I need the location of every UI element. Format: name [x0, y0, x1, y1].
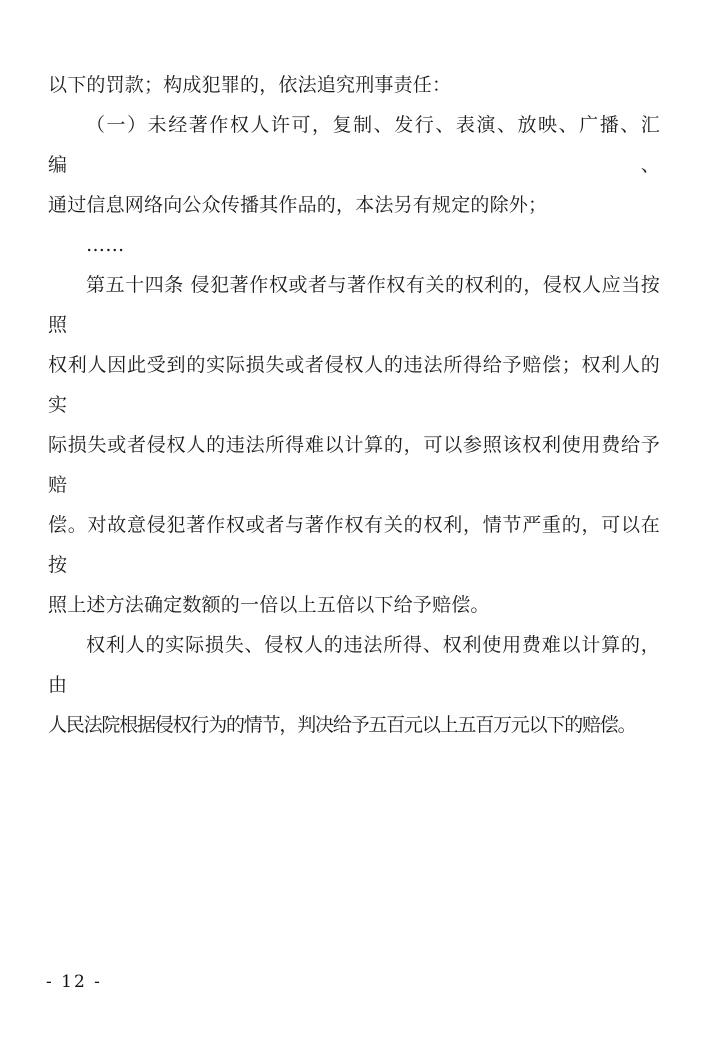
text-line: 通过信息网络向公众传播其作品的，本法另有规定的除外； [48, 185, 660, 225]
text-line: 权利人的实际损失、侵权人的违法所得、权利使用费难以计算的，由 [48, 625, 660, 705]
text-line: 权利人因此受到的实际损失或者侵权人的违法所得给予赔偿；权利人的实 [48, 345, 660, 425]
text-line: 际损失或者侵权人的违法所得难以计算的，可以参照该权利使用费给予赔 [48, 425, 660, 505]
text-line: （一）未经著作权人许可，复制、发行、表演、放映、广播、汇编、 [48, 105, 660, 185]
text-line: 第五十四条 侵犯著作权或者与著作权有关的权利的，侵权人应当按照 [48, 265, 660, 345]
text-line: 照上述方法确定数额的一倍以上五倍以下给予赔偿。 [48, 585, 660, 625]
text-line: 偿。对故意侵犯著作权或者与著作权有关的权利，情节严重的，可以在按 [48, 505, 660, 585]
document-text: 以下的罚款；构成犯罪的，依法追究刑事责任：（一）未经著作权人许可，复制、发行、表… [48, 65, 660, 745]
text-line: 以下的罚款；构成犯罪的，依法追究刑事责任： [48, 65, 660, 105]
text-line: 人民法院根据侵权行为的情节，判决给予五百元以上五百万元以下的赔偿。 [48, 705, 660, 745]
page-number: - 12 - [46, 972, 102, 992]
text-line: …… [48, 225, 660, 265]
document-page: 以下的罚款；构成犯罪的，依法追究刑事责任：（一）未经著作权人许可，复制、发行、表… [0, 0, 716, 1050]
